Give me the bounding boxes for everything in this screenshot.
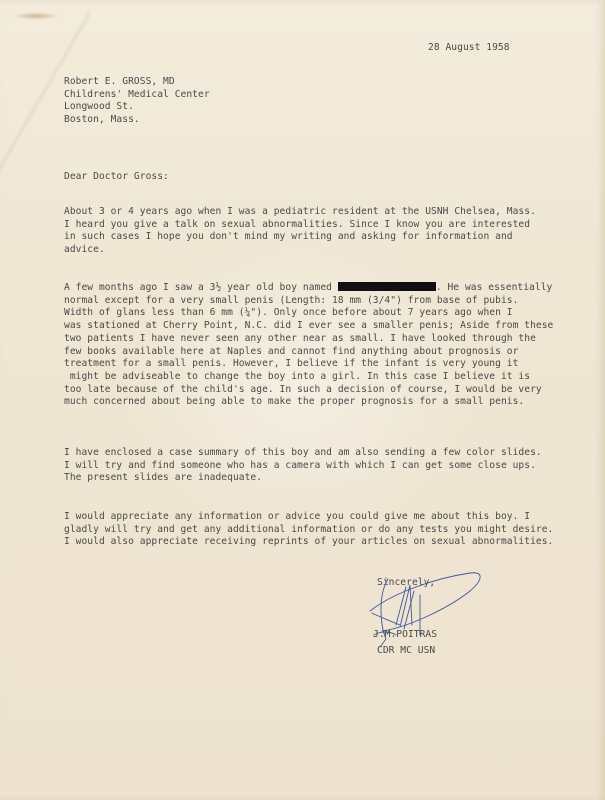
recipient-address: Robert E. GROSS, MD Childrens' Medical C… <box>64 76 210 127</box>
text-line: few books available here at Naples and c… <box>64 346 518 357</box>
text-line: I heard you give a talk on sexual abnorm… <box>64 219 530 230</box>
text-line: . He was essentially <box>436 282 553 293</box>
text-line: I would also appreciate receiving reprin… <box>64 536 553 547</box>
address-line: Robert E. GROSS, MD <box>64 76 175 87</box>
text-line: A few months ago I saw a 3½ year old boy… <box>64 282 338 293</box>
text-line: The present slides are inadequate. <box>64 472 262 483</box>
signer-name: J.M.POITRAS <box>373 629 437 642</box>
paragraph-1: About 3 or 4 years ago when I was a pedi… <box>64 206 536 257</box>
salutation: Dear Doctor Gross: <box>64 171 169 184</box>
address-line: Longwood St. <box>64 101 134 112</box>
paragraph-4: I would appreciate any information or ad… <box>64 511 553 549</box>
text-line: Width of glans less than 6 mm (¼"). Only… <box>64 307 513 318</box>
text-line: advice. <box>64 244 105 255</box>
paragraph-3: I have enclosed a case summary of this b… <box>64 447 542 485</box>
text-line: in such cases I hope you don't mind my w… <box>64 231 513 242</box>
text-line: was stationed at Cherry Point, N.C. did … <box>64 320 553 331</box>
letter-page: 28 August 1958 Robert E. GROSS, MD Child… <box>0 0 605 800</box>
text-line: normal except for a very small penis (Le… <box>64 295 518 306</box>
paper-stain <box>12 12 60 20</box>
text-line: much concerned about being able to make … <box>64 396 524 407</box>
text-line: About 3 or 4 years ago when I was a pedi… <box>64 206 536 217</box>
text-line: might be adviseable to change the boy in… <box>64 371 530 382</box>
signer-title: CDR MC USN <box>377 645 435 658</box>
text-line: gladly will try and get any additional i… <box>64 524 553 535</box>
redacted-name <box>338 282 436 291</box>
text-line: I would appreciate any information or ad… <box>64 511 530 522</box>
text-line: I will try and find someone who has a ca… <box>64 460 536 471</box>
letter-date: 28 August 1958 <box>428 42 510 55</box>
address-line: Childrens' Medical Center <box>64 89 210 100</box>
paragraph-2: A few months ago I saw a 3½ year old boy… <box>64 282 553 409</box>
text-line: treatment for a small penis. However, I … <box>64 358 518 369</box>
text-line: two patients I have never seen any other… <box>64 333 536 344</box>
text-line: too late because of the child's age. In … <box>64 384 542 395</box>
text-line: I have enclosed a case summary of this b… <box>64 447 542 458</box>
address-line: Boston, Mass. <box>64 114 140 125</box>
